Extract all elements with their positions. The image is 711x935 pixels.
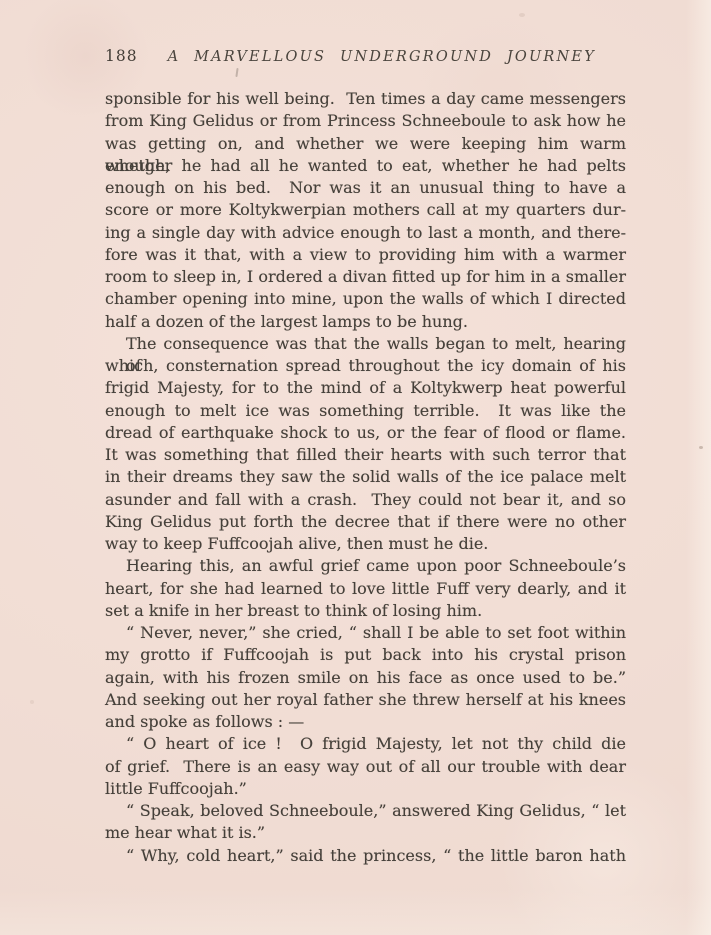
text-line: dread of earthquake shock to us, or the … xyxy=(105,422,626,444)
text-line: my grotto if Fuffcoojah is put back into… xyxy=(105,644,626,666)
text-line: little Fuffcoojah.” xyxy=(105,778,626,800)
text-line: sponsible for his well being. Ten times … xyxy=(105,88,626,110)
text-line: King Gelidus put forth the decree that i… xyxy=(105,511,626,533)
text-line: heart, for she had learned to love littl… xyxy=(105,578,626,600)
text-line: enough on his bed. Nor was it an unusual… xyxy=(105,177,626,199)
text-line: chamber opening into mine, upon the wall… xyxy=(105,288,626,310)
text-line: enough to melt ice was something terribl… xyxy=(105,400,626,422)
paper-speck xyxy=(30,700,34,704)
text-line: fore was it that, with a view to providi… xyxy=(105,244,626,266)
book-page: 188 A MARVELLOUS UNDERGROUND JOURNEY spo… xyxy=(0,0,711,935)
text-line: half a dozen of the largest lamps to be … xyxy=(105,311,626,333)
text-line: and spoke as follows : — xyxy=(105,711,626,733)
text-line: And seeking out her royal father she thr… xyxy=(105,689,626,711)
text-line: room to sleep in, I ordered a divan fitt… xyxy=(105,266,626,288)
text-line: It was something that filled their heart… xyxy=(105,444,626,466)
text-line: “ O heart of ice ! O frigid Majesty, let… xyxy=(105,733,626,755)
text-line: frigid Majesty, for to the mind of a Kol… xyxy=(105,377,626,399)
text-line: “ Speak, beloved Schneeboule,” answered … xyxy=(105,800,626,822)
text-line: way to keep Fuffcoojah alive, then must … xyxy=(105,533,626,555)
text-line: of grief. There is an easy way out of al… xyxy=(105,756,626,778)
text-line: “ Why, cold heart,” said the princess, “… xyxy=(105,845,626,867)
paper-speck xyxy=(519,13,525,17)
ink-speck xyxy=(699,446,703,449)
running-head: 188 A MARVELLOUS UNDERGROUND JOURNEY xyxy=(105,47,626,65)
text-line: asunder and fall with a crash. They coul… xyxy=(105,489,626,511)
text-line: which, consternation spread throughout t… xyxy=(105,355,626,377)
text-line: was getting on, and whether we were keep… xyxy=(105,133,626,155)
ink-speck xyxy=(235,68,238,77)
text-line: in their dreams they saw the solid walls… xyxy=(105,466,626,488)
page-number: 188 xyxy=(105,47,138,65)
text-line: The consequence was that the walls began… xyxy=(105,333,626,355)
text-line: again, with his frozen smile on his face… xyxy=(105,667,626,689)
text-line: set a knife in her breast to think of lo… xyxy=(105,600,626,622)
text-line: from King Gelidus or from Princess Schne… xyxy=(105,110,626,132)
text-line: Hearing this, an awful grief came upon p… xyxy=(105,555,626,577)
text-line: “ Never, never,” she cried, “ shall I be… xyxy=(105,622,626,644)
text-block: sponsible for his well being. Ten times … xyxy=(105,88,626,867)
text-line: score or more Koltykwerpian mothers call… xyxy=(105,199,626,221)
text-line: whether he had all he wanted to eat, whe… xyxy=(105,155,626,177)
running-title: A MARVELLOUS UNDERGROUND JOURNEY xyxy=(138,49,626,65)
text-line: ing a single day with advice enough to l… xyxy=(105,222,626,244)
text-line: me hear what it is.” xyxy=(105,822,626,844)
